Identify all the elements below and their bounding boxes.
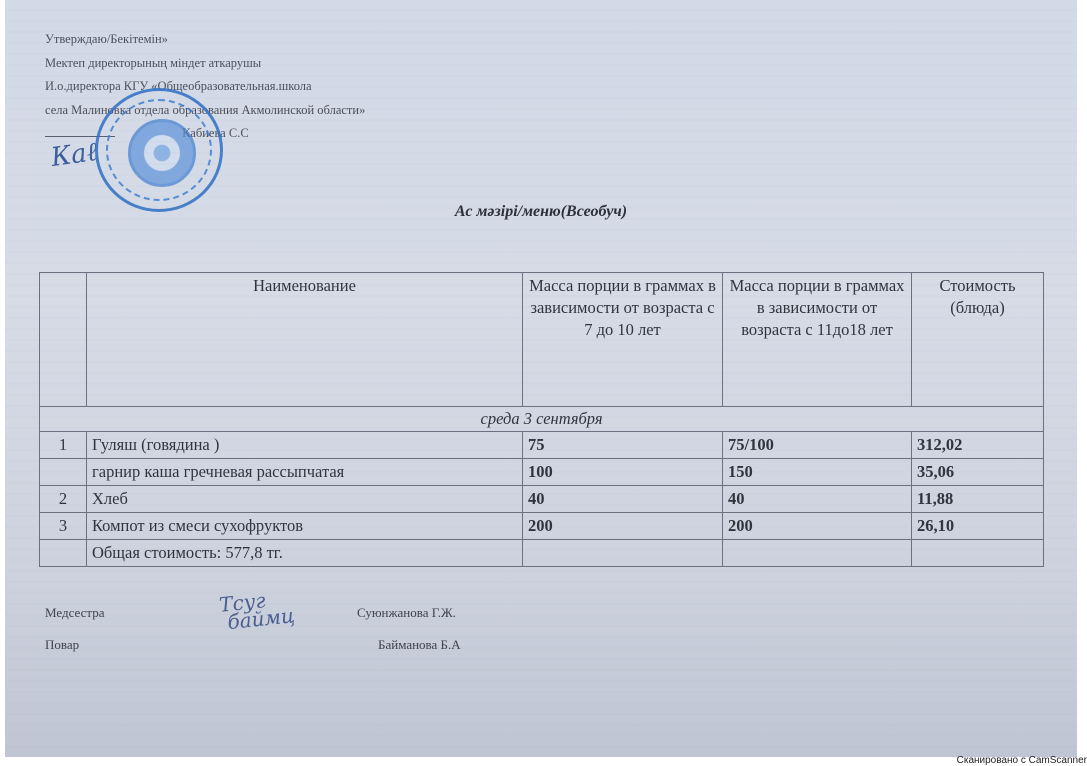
- mass-11-18: 75/100: [723, 432, 912, 459]
- table-row: 1 Гуляш (говядина ) 75 75/100 312,02: [40, 432, 1044, 459]
- director-signature-icon: Каℓ: [49, 137, 99, 173]
- mass-11-18: 150: [723, 459, 912, 486]
- row-number: [40, 459, 87, 486]
- dish-cost: 11,88: [912, 486, 1044, 513]
- date-row: среда 3 сентября: [40, 407, 1044, 432]
- mass-7-10: 40: [523, 486, 723, 513]
- dish-cost: 26,10: [912, 513, 1044, 540]
- dish-name: гарнир каша гречневая рассыпчатая: [87, 459, 523, 486]
- row-number: [40, 540, 87, 567]
- row-number: 2: [40, 486, 87, 513]
- dish-name: Хлеб: [87, 486, 523, 513]
- table-row: гарнир каша гречневая рассыпчатая 100 15…: [40, 459, 1044, 486]
- table-row: 2 Хлеб 40 40 11,88: [40, 486, 1044, 513]
- approval-line: Утверждаю/Бекітемін»: [45, 28, 365, 52]
- mass-7-10: [523, 540, 723, 567]
- mass-11-18: 200: [723, 513, 912, 540]
- dish-cost: [912, 540, 1044, 567]
- header-mass-7-10: Масса порции в граммах в зависимости от …: [523, 273, 723, 407]
- total-cost-label: Общая стоимость: 577,8 тг.: [87, 540, 523, 567]
- table-row: 3 Компот из смеси сухофруктов 200 200 26…: [40, 513, 1044, 540]
- mass-11-18: 40: [723, 486, 912, 513]
- signature-role: Повар: [45, 637, 79, 653]
- mass-7-10: 100: [523, 459, 723, 486]
- mass-7-10: 200: [523, 513, 723, 540]
- approval-line: И.о.директора КГУ «Общеобразовательная.ш…: [45, 75, 365, 99]
- date-label: среда 3 сентября: [40, 407, 1044, 432]
- mass-7-10: 75: [523, 432, 723, 459]
- header-name: Наименование: [87, 273, 523, 407]
- dish-name: Компот из смеси сухофруктов: [87, 513, 523, 540]
- header-cost: Стоимость (блюда): [912, 273, 1044, 407]
- signature-role: Медсестра: [45, 605, 105, 621]
- handwritten-signature-icon: Тсуг баймц: [218, 588, 295, 632]
- dish-cost: 312,02: [912, 432, 1044, 459]
- total-row: Общая стоимость: 577,8 тг.: [40, 540, 1044, 567]
- document-sheet: Утверждаю/Бекітемін» Мектеп директорының…: [5, 0, 1077, 757]
- menu-table: Наименование Масса порции в граммах в за…: [39, 272, 1044, 567]
- scanner-watermark: Сканировано с CamScanner: [957, 755, 1087, 766]
- dish-cost: 35,06: [912, 459, 1044, 486]
- header-mass-11-18: Масса порции в граммах в зависимости от …: [723, 273, 912, 407]
- dish-name: Гуляш (говядина ): [87, 432, 523, 459]
- row-number: 3: [40, 513, 87, 540]
- official-seal-icon: [95, 88, 223, 212]
- row-number: 1: [40, 432, 87, 459]
- signature-name: Суюнжанова Г.Ж.: [357, 605, 456, 621]
- header-number: [40, 273, 87, 407]
- mass-11-18: [723, 540, 912, 567]
- table-header-row: Наименование Масса порции в граммах в за…: [40, 273, 1044, 407]
- state-emblem-icon: [128, 119, 196, 187]
- signature-name: Байманова Б.А: [378, 637, 461, 653]
- approval-line: Мектеп директорының міндет аткарушы: [45, 52, 365, 76]
- menu-title: Ас мәзірі/меню(Всеобуч): [5, 203, 1077, 221]
